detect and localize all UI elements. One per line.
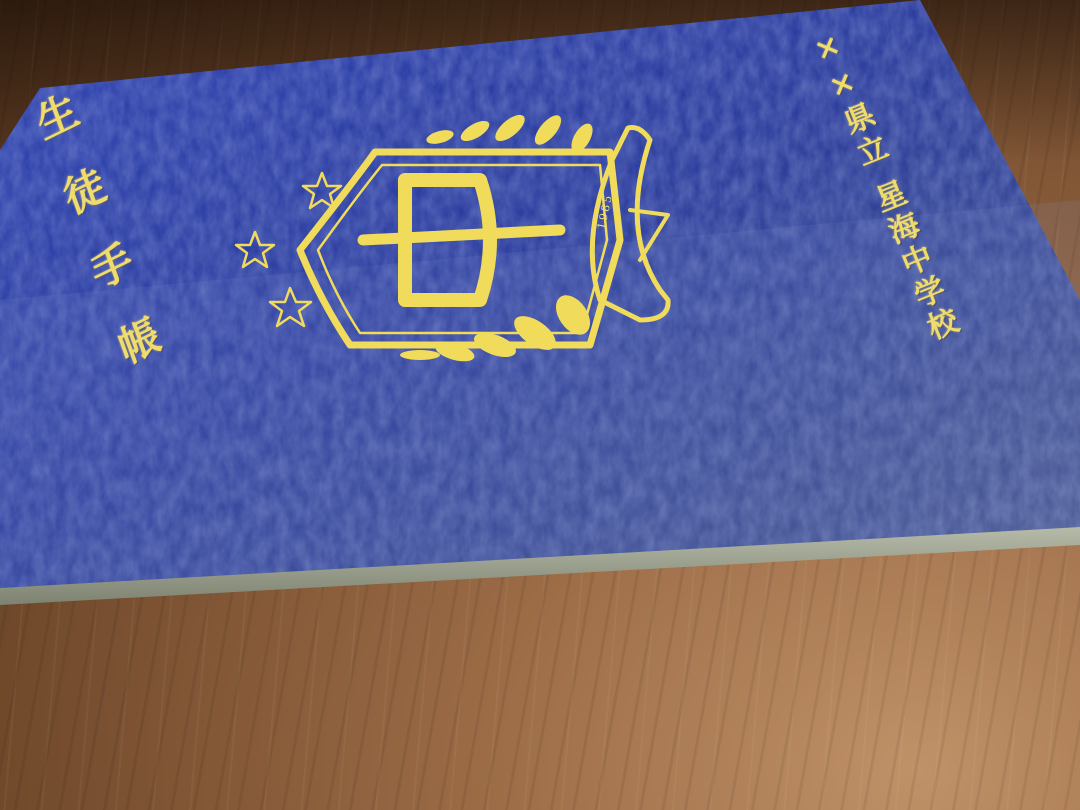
handbook <box>0 0 1080 810</box>
